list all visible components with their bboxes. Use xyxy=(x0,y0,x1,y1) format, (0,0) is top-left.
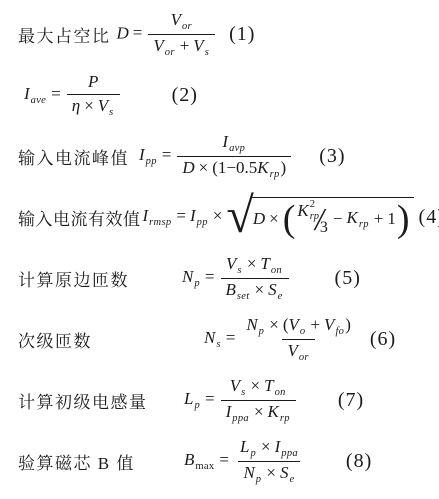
math-variable: D xyxy=(182,158,194,177)
equation-row: 输入电流峰值Ipp=IavpD×(1−0.5Krp)(3) xyxy=(18,126,439,187)
math-subscript: s xyxy=(216,339,220,350)
math-subscript: pp xyxy=(197,217,208,228)
math-subscripted-variable: Iavp xyxy=(222,132,246,151)
math-operator: × xyxy=(265,315,283,334)
fraction-denominator: Ippa×Krp xyxy=(221,400,296,426)
equation-label: 次级匝数 xyxy=(18,327,198,352)
math-subscript: on xyxy=(271,264,282,278)
equation-row: 计算原边匝数Np=Vs×TonBset×Se(5) xyxy=(18,248,439,309)
math-subscripted-variable: Bset xyxy=(226,280,251,299)
fraction-denominator: D×(1−0.5Krp) xyxy=(177,156,291,182)
equation-number: (1) xyxy=(229,23,255,46)
math-operator: + xyxy=(176,36,194,55)
fraction-denominator: Vor+Vs xyxy=(148,34,215,60)
math-subscript: ppa xyxy=(281,447,298,461)
math-text: 1 xyxy=(387,209,396,229)
equation-formula: Np=Vs×TonBset×Se xyxy=(182,253,291,304)
math-operator: = xyxy=(158,145,176,164)
close-paren: ) xyxy=(397,200,410,238)
math-subscripted-variable: Np xyxy=(246,315,265,334)
fraction-numerator: P xyxy=(83,71,103,94)
math-subscript: rp xyxy=(310,211,319,223)
equation-row: 验算磁芯 B 值Bmax=Lp×IppaNp×Se(8) xyxy=(18,431,439,492)
fraction-denominator: Vor xyxy=(282,339,314,365)
math-subscript: p xyxy=(256,473,262,487)
math-subscript: rmsp xyxy=(149,217,171,228)
slash-fraction-denominator: 3 xyxy=(320,219,328,237)
math-fraction: Pη×Vs xyxy=(67,71,120,120)
math-subscript: pp xyxy=(146,156,157,167)
math-variable: B xyxy=(184,450,194,469)
fraction-numerator: Vs×Ton xyxy=(221,253,288,278)
math-subscripted-variable: Ton xyxy=(260,254,283,273)
math-variable: K xyxy=(347,208,358,227)
math-subscripted-variable: Np xyxy=(243,463,262,482)
math-operator: + xyxy=(370,209,388,229)
formula-document: 最大占空比D=VorVor+Vs(1)Iave=Pη×Vs(2)输入电流峰值Ip… xyxy=(0,0,439,492)
math-subscripted-variable: Krp xyxy=(268,402,291,421)
math-subscript: max xyxy=(195,461,214,472)
math-fraction: Vs×TonBset×Se xyxy=(221,253,289,304)
math-subscript: e xyxy=(278,290,283,304)
math-subscripted-variable: Vo xyxy=(289,315,307,334)
math-subscript: s xyxy=(241,386,245,400)
math-variable: T xyxy=(260,254,269,273)
math-variable: V xyxy=(153,36,163,55)
fraction-numerator: Np×(Vo+Vfo) xyxy=(241,314,356,339)
math-operator: = xyxy=(47,84,65,103)
math-subscript: on xyxy=(275,386,286,400)
math-variable: V xyxy=(230,376,240,395)
math-operator: × xyxy=(195,158,213,177)
math-subscript: rp xyxy=(270,168,280,182)
math-parenthesized-group: (K2rp/3−Krp+1) xyxy=(283,200,410,238)
math-subscript: p xyxy=(259,325,265,339)
math-superscript: 2 xyxy=(310,199,319,211)
math-variable: V xyxy=(226,254,236,273)
math-operator: × xyxy=(243,254,261,273)
math-variable: I xyxy=(143,206,149,225)
equation-label: 计算初级电感量 xyxy=(18,388,178,413)
math-operator: × xyxy=(209,206,227,225)
equation-number: (5) xyxy=(335,267,361,290)
math-variable: L xyxy=(240,437,249,456)
math-operator: = xyxy=(222,328,240,347)
math-variable: K xyxy=(257,158,268,177)
equation-formula: Ipp=IavpD×(1−0.5Krp) xyxy=(139,131,293,182)
math-operator: × xyxy=(80,96,98,115)
math-operator: × xyxy=(262,463,280,482)
math-supsub-variable: K2rp xyxy=(297,199,319,222)
math-fraction: IavpD×(1−0.5Krp) xyxy=(177,131,291,182)
math-variable: N xyxy=(243,463,254,482)
equation-label: 输入电流峰值 xyxy=(18,144,129,169)
math-variable: V xyxy=(289,315,299,334)
equation-formula: Lp=Vs×TonIppa×Krp xyxy=(184,375,298,426)
equation-row: 输入电流有效值Irmsp=Ipp×√D×(K2rp/3−Krp+1)(4) xyxy=(18,187,439,248)
math-subscript: p xyxy=(250,447,256,461)
equation-number: (7) xyxy=(338,389,364,412)
math-subscripted-variable: Bmax xyxy=(184,450,215,469)
math-variable: L xyxy=(184,389,193,408)
math-subscripted-variable: Ipp xyxy=(190,206,209,225)
math-operator: = xyxy=(172,206,190,225)
equation-formula: Ns=Np×(Vo+Vfo)Vor xyxy=(204,314,358,365)
math-subscripted-variable: Ton xyxy=(264,376,287,395)
math-variable: I xyxy=(275,437,281,456)
equation-row: 最大占空比D=VorVor+Vs(1) xyxy=(18,4,439,65)
equation-number: (4) xyxy=(419,206,439,229)
math-variable: N xyxy=(204,328,215,347)
math-fraction: Vs×TonIppa×Krp xyxy=(221,375,296,426)
math-subscripted-variable: Vs xyxy=(193,36,210,55)
equation-number: (6) xyxy=(370,328,396,351)
math-variable: V xyxy=(171,10,181,29)
equation-row: 次级匝数Ns=Np×(Vo+Vfo)Vor(6) xyxy=(18,309,439,370)
math-operator: + xyxy=(306,315,324,334)
math-subscript: rp xyxy=(359,219,369,230)
fraction-numerator: Vor xyxy=(166,9,198,34)
math-variable: V xyxy=(324,315,334,334)
math-variable: η xyxy=(72,96,80,115)
math-subscripted-variable: Iave xyxy=(24,84,47,103)
math-subscripted-variable: Lp xyxy=(240,437,257,456)
math-variable: D xyxy=(117,23,129,42)
fraction-denominator: Bset×Se xyxy=(221,278,289,304)
open-paren: ( xyxy=(283,200,296,238)
fraction-denominator: η×Vs xyxy=(67,94,120,120)
math-subscripted-variable: Se xyxy=(268,280,283,299)
math-supsub-column: 2rp xyxy=(310,199,319,222)
math-operator: × xyxy=(250,280,268,299)
math-subscripted-variable: Se xyxy=(280,463,295,482)
math-variable: K xyxy=(297,201,308,221)
math-variable: V xyxy=(287,341,297,360)
math-operator: = xyxy=(215,450,233,469)
math-text: (1−0.5 xyxy=(212,158,257,177)
square-root-content: D×(K2rp/3−Krp+1) xyxy=(251,197,414,238)
math-subscripted-variable: Irmsp xyxy=(143,206,173,225)
slash-fraction-numerator: K2rp xyxy=(297,199,319,222)
equation-label: 输入电流有效值 xyxy=(18,205,141,230)
math-subscripted-variable: Ns xyxy=(204,328,222,347)
math-subscript: ppa xyxy=(232,412,249,426)
math-subscripted-variable: Krp xyxy=(257,158,280,177)
equation-label: 计算原边匝数 xyxy=(18,266,176,291)
fraction-denominator: Np×Se xyxy=(238,461,300,487)
math-operator: × xyxy=(265,209,283,229)
math-subscript: s xyxy=(237,264,241,278)
math-subscript: s xyxy=(109,106,113,120)
math-variable: P xyxy=(88,72,98,91)
math-text: ) xyxy=(345,315,351,334)
math-subscripted-variable: Vs xyxy=(226,254,243,273)
math-subscripted-variable: Ippa xyxy=(226,402,250,421)
math-subscripted-variable: Ippa xyxy=(275,437,299,456)
math-square-root: √D×(K2rp/3−Krp+1) xyxy=(226,196,413,239)
equation-formula: Irmsp=Ipp×√D×(K2rp/3−Krp+1) xyxy=(143,196,414,239)
math-variable: I xyxy=(24,84,30,103)
math-operator: = xyxy=(201,267,219,286)
math-operator: × xyxy=(250,402,268,421)
math-operator: = xyxy=(201,389,219,408)
math-variable: I xyxy=(139,145,145,164)
math-subscript: p xyxy=(194,278,200,289)
equation-label: 最大占空比 xyxy=(18,22,111,47)
equation-number: (3) xyxy=(319,145,345,168)
math-fraction: VorVor+Vs xyxy=(148,9,215,60)
math-operator: − xyxy=(329,209,347,229)
math-subscripted-variable: Vs xyxy=(230,376,247,395)
equation-row: 计算初级电感量Lp=Vs×TonIppa×Krp(7) xyxy=(18,370,439,431)
math-subscripted-variable: Vfo xyxy=(324,315,345,334)
fraction-numerator: Lp×Ippa xyxy=(235,436,304,461)
math-subscript: s xyxy=(205,46,209,60)
math-fraction: Np×(Vo+Vfo)Vor xyxy=(241,314,356,365)
math-variable: S xyxy=(280,463,289,482)
math-subscript: or xyxy=(165,46,175,60)
math-subscripted-variable: Np xyxy=(182,267,201,286)
math-subscripted-variable: Vor xyxy=(171,10,193,29)
math-variable: D xyxy=(253,209,265,229)
math-subscript: e xyxy=(289,473,294,487)
math-subscript: or xyxy=(299,351,309,365)
math-text: ) xyxy=(281,158,287,177)
math-variable: T xyxy=(264,376,273,395)
math-variable: I xyxy=(222,132,228,151)
math-subscript: o xyxy=(300,325,306,339)
math-subscripted-variable: Lp xyxy=(184,389,201,408)
math-subscripted-variable: Vor xyxy=(153,36,175,55)
equation-label: 验算磁芯 B 值 xyxy=(18,449,178,474)
equation-number: (8) xyxy=(346,450,372,473)
paren-content: K2rp/3−Krp+1 xyxy=(295,203,397,235)
math-variable: N xyxy=(182,267,193,286)
equation-formula: Iave=Pη×Vs xyxy=(24,71,122,120)
math-slash-fraction: K2rp/3 xyxy=(297,203,328,235)
fraction-numerator: Iavp xyxy=(217,131,251,156)
math-operator: × xyxy=(257,437,275,456)
math-subscripted-variable: Vs xyxy=(98,96,115,115)
math-subscripted-variable: Vor xyxy=(287,341,309,360)
equation-number: (2) xyxy=(172,84,198,107)
math-operator: = xyxy=(129,23,147,42)
math-subscript: set xyxy=(237,290,250,304)
math-operator: × xyxy=(247,376,265,395)
math-variable: I xyxy=(226,402,232,421)
math-variable: I xyxy=(190,206,196,225)
math-variable: S xyxy=(268,280,277,299)
equation-formula: Bmax=Lp×IppaNp×Se xyxy=(184,436,306,487)
math-variable: B xyxy=(226,280,236,299)
math-subscript: avp xyxy=(229,142,245,156)
math-subscript: or xyxy=(182,20,192,34)
math-subscript: rp xyxy=(280,412,290,426)
math-subscripted-variable: Krp xyxy=(347,208,370,230)
math-subscript: ave xyxy=(31,95,46,106)
math-fraction: Lp×IppaNp×Se xyxy=(235,436,304,487)
math-variable: V xyxy=(193,36,203,55)
fraction-numerator: Vs×Ton xyxy=(225,375,292,400)
equation-formula: D=VorVor+Vs xyxy=(117,9,218,60)
math-subscript: fo xyxy=(335,325,344,339)
math-subscript: p xyxy=(194,400,200,411)
math-variable: K xyxy=(268,402,279,421)
math-variable: N xyxy=(246,315,257,334)
radical-sign-icon: √ xyxy=(226,194,253,237)
equation-row: Iave=Pη×Vs(2) xyxy=(18,65,439,126)
math-subscripted-variable: Ipp xyxy=(139,145,158,164)
math-variable: V xyxy=(98,96,108,115)
